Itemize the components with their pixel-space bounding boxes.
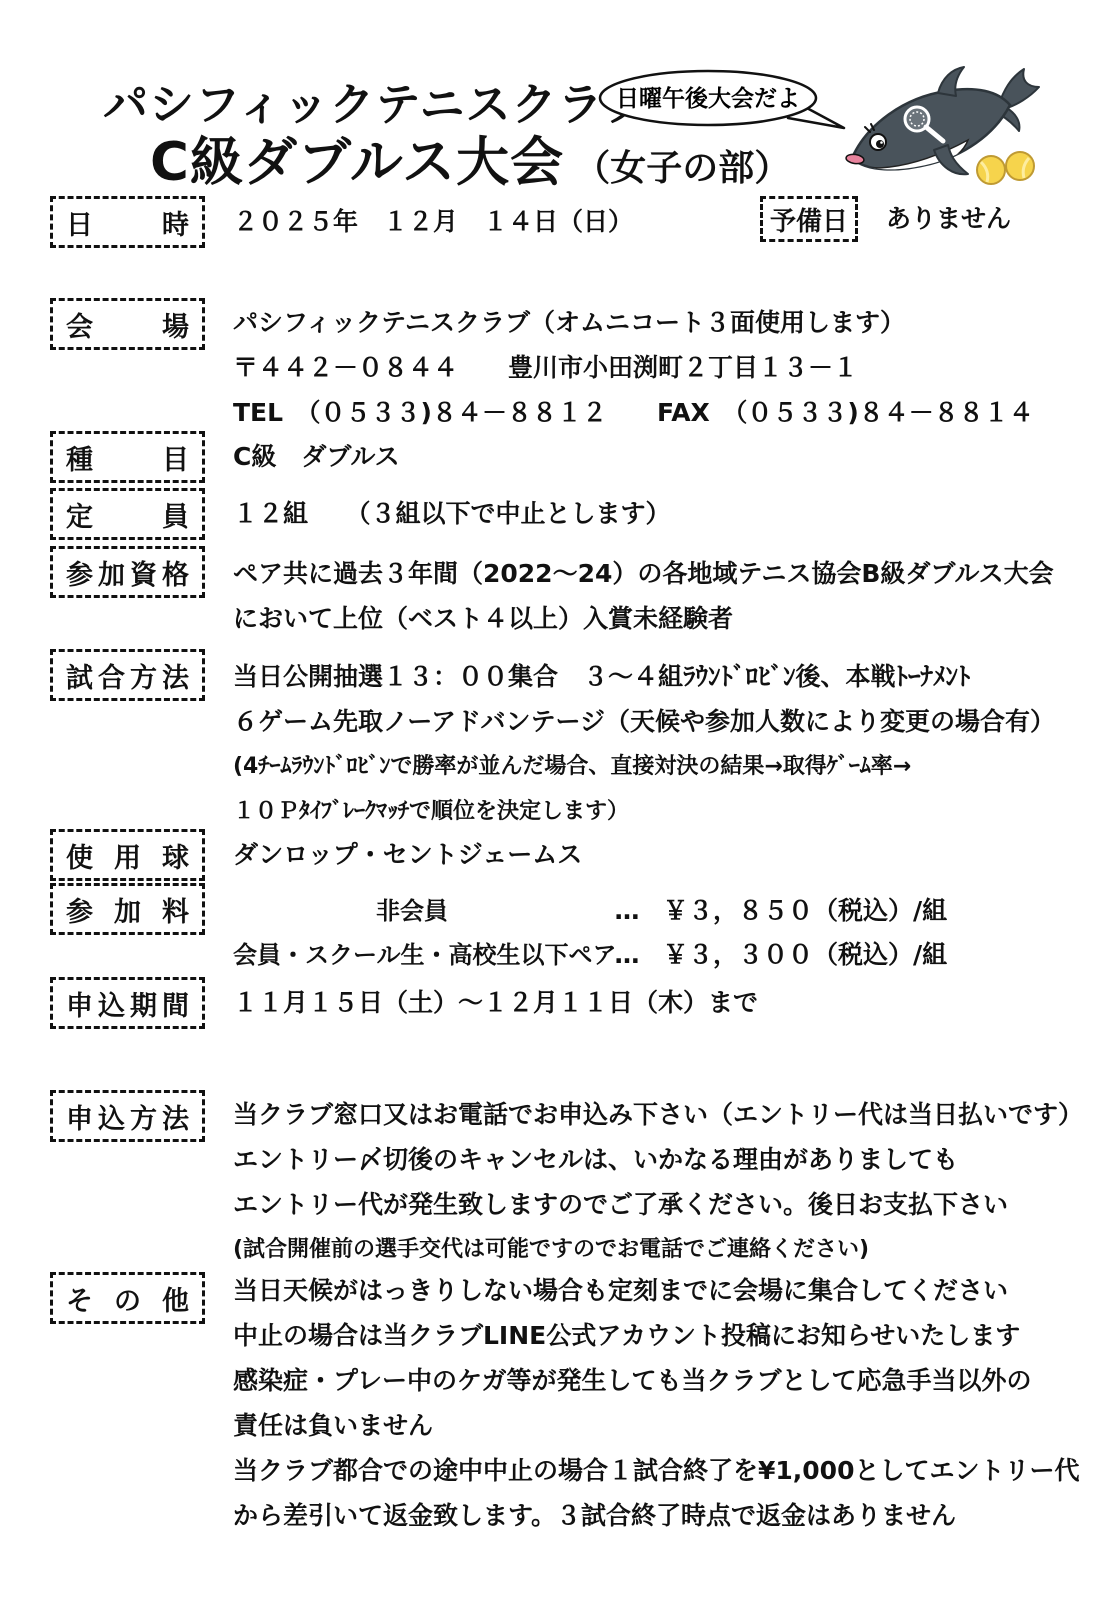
- other-line: 当日天候がはっきりしない場合も定刻までに会場に集合してください: [233, 1268, 1070, 1313]
- apply-line: エントリー代が発生致しますのでご了承ください。後日お支払下さい: [233, 1182, 1070, 1227]
- label-balls: 使用球: [50, 829, 205, 881]
- label-match-method: 試合方法: [50, 649, 205, 701]
- label-application-period: 申込期間: [50, 977, 205, 1029]
- entry-fee-table: 非会員 … ￥３，８５０（税込）/組 会員・スクール生・高校生以下ペア … ￥３…: [233, 889, 1070, 977]
- label-reserve-day: 予備日: [760, 196, 858, 242]
- label-capacity: 定員: [50, 488, 205, 540]
- dolphin-mascot-icon: [840, 66, 1045, 194]
- other-text: 当日天候がはっきりしない場合も定刻までに会場に集合してください 中止の場合は当ク…: [233, 1268, 1070, 1538]
- category-value: C級 ダブルス: [233, 431, 1070, 483]
- fee-who: 非会員: [233, 890, 591, 933]
- method-note-line: １０Ｐﾀｲﾌﾞﾚｰｸﾏｯﾁで順位を決定します）: [233, 789, 1070, 834]
- apply-line: 当クラブ窓口又はお電話でお申込み下さい（エントリー代は当日払いです）: [233, 1092, 1070, 1137]
- event-division: （女子の部）: [574, 140, 790, 191]
- label-other: その他: [50, 1272, 205, 1324]
- other-line: 責任は負いません: [233, 1403, 1070, 1448]
- fee-price: ￥３，８５０（税込）/組: [663, 889, 1070, 932]
- fee-dots: …: [591, 889, 663, 932]
- other-line: 中止の場合は当クラブLINE公式アカウント投稿にお知らせいたします: [233, 1313, 1070, 1358]
- speech-bubble-icon: 日曜午後大会だよ: [596, 68, 848, 140]
- apply-note-line: (試合開催前の選手交代は可能ですのでお電話でご連絡ください): [233, 1227, 1070, 1272]
- other-line: 感染症・プレー中のケガ等が発生しても当クラブとして応急手当以外の: [233, 1358, 1070, 1403]
- speech-bubble: 日曜午後大会だよ: [596, 68, 848, 140]
- balls-value: ダンロップ・セントジェームス: [233, 829, 1070, 881]
- eligibility-line: ペア共に過去３年間（2022～24）の各地域テニス協会B級ダブルス大会: [233, 551, 1070, 596]
- reserve-day-value: ありません: [886, 196, 1011, 242]
- event-title: C級ダブルス大会: [150, 120, 564, 196]
- venue-line: TEL （０５３３)８４－８８１２ FAX （０５３３)８４－８８１４: [233, 390, 1070, 435]
- method-note-line: (4ﾁｰﾑﾗｳﾝﾄﾞﾛﾋﾞﾝで勝率が並んだ場合、直接対決の結果→取得ｹﾞｰﾑ率→: [233, 744, 1070, 789]
- fee-row: 非会員 … ￥３，８５０（税込）/組: [233, 889, 1070, 933]
- fee-row: 会員・スクール生・高校生以下ペア … ￥３，３００（税込）/組: [233, 933, 1070, 977]
- match-method-text: 当日公開抽選１３：００集合 ３～４組ﾗｳﾝﾄﾞﾛﾋﾞﾝ後、本戦ﾄｰﾅﾒﾝﾄ ６ゲ…: [233, 654, 1070, 834]
- venue-line: パシフィックテニスクラブ（オムニコート３面使用します）: [233, 300, 1070, 345]
- fee-dots: …: [591, 933, 663, 976]
- apply-line: エントリー〆切後のキャンセルは、いかなる理由がありましても: [233, 1137, 1070, 1182]
- capacity-value: １２組 （３組以下で中止とします）: [233, 488, 1070, 540]
- bubble-text: 日曜午後大会だよ: [616, 85, 800, 112]
- label-entry-fee: 参加料: [50, 883, 205, 935]
- label-application-method: 申込方法: [50, 1090, 205, 1142]
- application-method-text: 当クラブ窓口又はお電話でお申込み下さい（エントリー代は当日払いです） エントリー…: [233, 1092, 1070, 1272]
- eligibility-line: において上位（ベスト４以上）入賞未経験者: [233, 596, 1070, 641]
- other-line: から差引いて返金致します。３試合終了時点で返金はありません: [233, 1493, 1070, 1538]
- fee-price: ￥３，３００（税込）/組: [663, 933, 1070, 976]
- other-line: 当クラブ都合での途中中止の場合１試合終了を¥1,000としてエントリー代: [233, 1448, 1070, 1493]
- fee-who: 会員・スクール生・高校生以下ペア: [233, 934, 591, 977]
- method-line: ６ゲーム先取ノーアドバンテージ（天候や参加人数により変更の場合有）: [233, 699, 1070, 744]
- label-venue: 会場: [50, 298, 205, 350]
- tournament-flyer: パシフィックテニスクラブ C級ダブルス大会 （女子の部） 日曜午後大会だよ: [0, 0, 1100, 1600]
- venue-text: パシフィックテニスクラブ（オムニコート３面使用します） 〒４４２－０８４４ 豊川…: [233, 300, 1070, 435]
- eligibility-text: ペア共に過去３年間（2022～24）の各地域テニス協会B級ダブルス大会 において…: [233, 551, 1070, 641]
- label-category: 種目: [50, 431, 205, 483]
- venue-line: 〒４４２－０８４４ 豊川市小田渕町２丁目１３－１: [233, 345, 1070, 390]
- label-eligibility: 参加資格: [50, 546, 205, 598]
- method-line: 当日公開抽選１３：００集合 ３～４組ﾗｳﾝﾄﾞﾛﾋﾞﾝ後、本戦ﾄｰﾅﾒﾝﾄ: [233, 654, 1070, 699]
- label-date-time: 日時: [50, 196, 205, 248]
- application-period-value: １１月１５日（土）～１２月１１日（木）まで: [233, 977, 1070, 1029]
